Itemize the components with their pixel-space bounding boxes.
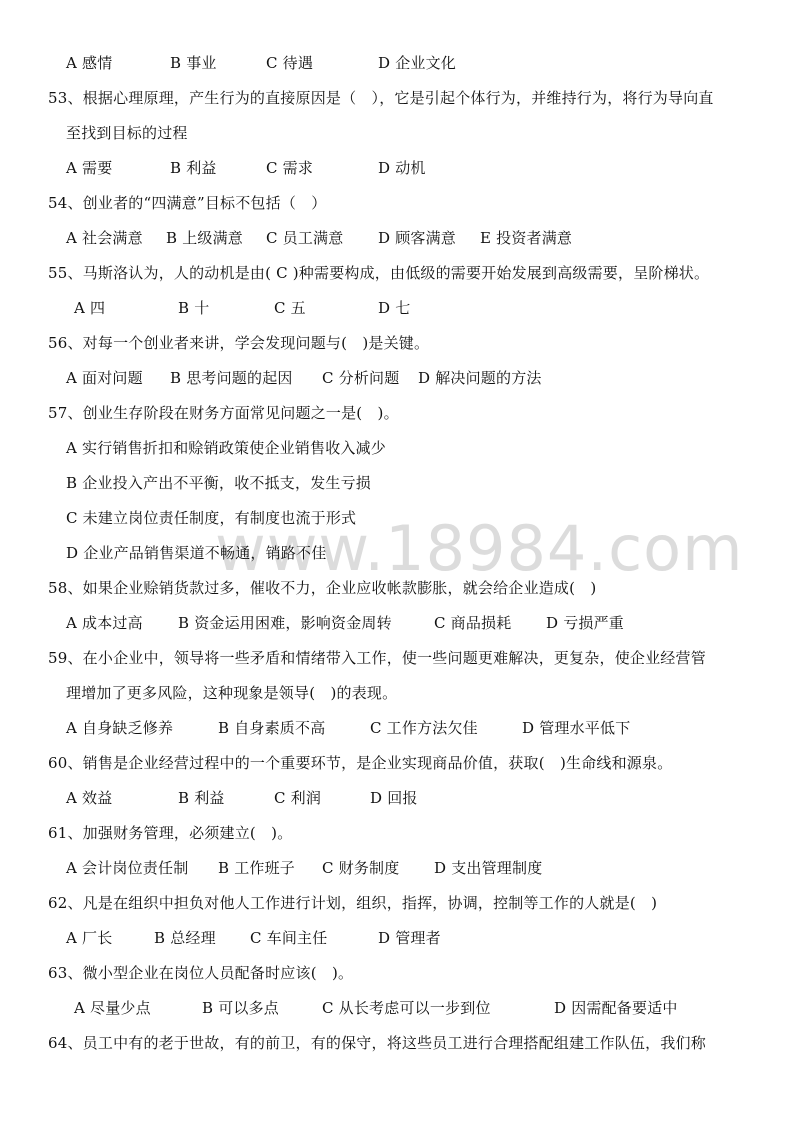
answer-option: A 四 <box>74 298 105 318</box>
answer-option: A 尽量少点 <box>74 998 151 1018</box>
answer-option: D 七 <box>378 298 410 318</box>
answer-option: D 动机 <box>378 158 426 178</box>
question-text-continuation: B 企业投入产出不平衡，收不抵支，发生亏损 <box>66 473 371 493</box>
answer-option: B 可以多点 <box>202 998 279 1018</box>
question-text: 58、如果企业赊销货款过多，催收不力，企业应收帐款膨胀，就会给企业造成( ) <box>48 578 596 598</box>
answer-option: D 管理水平低下 <box>522 718 630 738</box>
question-text: 62、凡是在组织中担负对他人工作进行计划，组织，指挥，协调，控制等工作的人就是(… <box>48 893 657 913</box>
answer-option: A 会计岗位责任制 <box>66 858 188 878</box>
answer-option: A 社会满意 <box>66 228 143 248</box>
question-text: 61、加强财务管理，必须建立( )。 <box>48 823 292 843</box>
question-text: 60、销售是企业经营过程中的一个重要环节，是企业实现商品价值，获取( )生命线和… <box>48 753 672 773</box>
answer-option: C 待遇 <box>266 53 313 73</box>
answer-option: C 五 <box>274 298 306 318</box>
question-text-continuation: C 未建立岗位责任制度，有制度也流于形式 <box>66 508 356 528</box>
answer-option: B 自身素质不高 <box>218 718 325 738</box>
question-text: 57、创业生存阶段在财务方面常见问题之一是( )。 <box>48 403 399 423</box>
answer-option: C 员工满意 <box>266 228 343 248</box>
question-text: 53、根据心理原理，产生行为的直接原因是（ ），它是引起个体行为，并维持行为，将… <box>48 88 714 108</box>
answer-option: B 利益 <box>178 788 225 808</box>
answer-option: D 亏损严重 <box>546 613 624 633</box>
answer-option: A 自身缺乏修养 <box>66 718 173 738</box>
question-text: 59、在小企业中，领导将一些矛盾和情绪带入工作，使一些问题更难解决，更复杂，使企… <box>48 648 706 668</box>
answer-option: D 顾客满意 <box>378 228 456 248</box>
answer-option: C 车间主任 <box>250 928 327 948</box>
answer-option: C 工作方法欠佳 <box>370 718 478 738</box>
answer-option: A 厂长 <box>66 928 112 948</box>
answer-option: C 分析问题 <box>322 368 399 388</box>
question-text-continuation: 理增加了更多风险，这种现象是领导( )的表现。 <box>66 683 397 703</box>
answer-option: D 解决问题的方法 <box>418 368 542 388</box>
answer-option: B 思考问题的起因 <box>170 368 293 388</box>
question-text: 55、马斯洛认为，人的动机是由( C )种需要构成，由低级的需要开始发展到高级需… <box>48 263 709 283</box>
answer-option: A 效益 <box>66 788 112 808</box>
question-text-continuation: 至找到目标的过程 <box>66 123 188 143</box>
answer-option: A 需要 <box>66 158 112 178</box>
answer-option: A 成本过高 <box>66 613 143 633</box>
answer-option: A 感情 <box>66 53 112 73</box>
question-text-continuation: A 实行销售折扣和赊销政策使企业销售收入减少 <box>66 438 386 458</box>
question-text-continuation: D 企业产品销售渠道不畅通，销路不佳 <box>66 543 326 563</box>
answer-option: B 利益 <box>170 158 217 178</box>
answer-option: A 面对问题 <box>66 368 143 388</box>
question-text: 63、微小型企业在岗位人员配备时应该( )。 <box>48 963 353 983</box>
answer-option: C 商品损耗 <box>434 613 511 633</box>
answer-option: B 事业 <box>170 53 217 73</box>
answer-option: B 总经理 <box>154 928 216 948</box>
answer-option: D 支出管理制度 <box>434 858 542 878</box>
answer-option: D 回报 <box>370 788 418 808</box>
answer-option: D 因需配备要适中 <box>554 998 678 1018</box>
answer-option: D 企业文化 <box>378 53 456 73</box>
answer-option: E 投资者满意 <box>480 228 572 248</box>
answer-option: D 管理者 <box>378 928 441 948</box>
answer-option: B 资金运用困难，影响资金周转 <box>178 613 392 633</box>
answer-option: B 十 <box>178 298 209 318</box>
answer-option: C 财务制度 <box>322 858 399 878</box>
answer-option: B 工作班子 <box>218 858 295 878</box>
question-text: 64、员工中有的老于世故，有的前卫，有的保守，将这些员工进行合理搭配组建工作队伍… <box>48 1033 706 1053</box>
answer-option: B 上级满意 <box>166 228 243 248</box>
document-page: www.18984.com A 感情B 事业C 待遇D 企业文化53、根据心理原… <box>0 0 800 1132</box>
answer-option: C 从长考虑可以一步到位 <box>322 998 491 1018</box>
question-text: 56、对每一个创业者来讲，学会发现问题与( )是关键。 <box>48 333 429 353</box>
answer-option: C 需求 <box>266 158 313 178</box>
question-text: 54、创业者的“四满意”目标不包括（ ） <box>48 193 326 213</box>
answer-option: C 利润 <box>274 788 321 808</box>
